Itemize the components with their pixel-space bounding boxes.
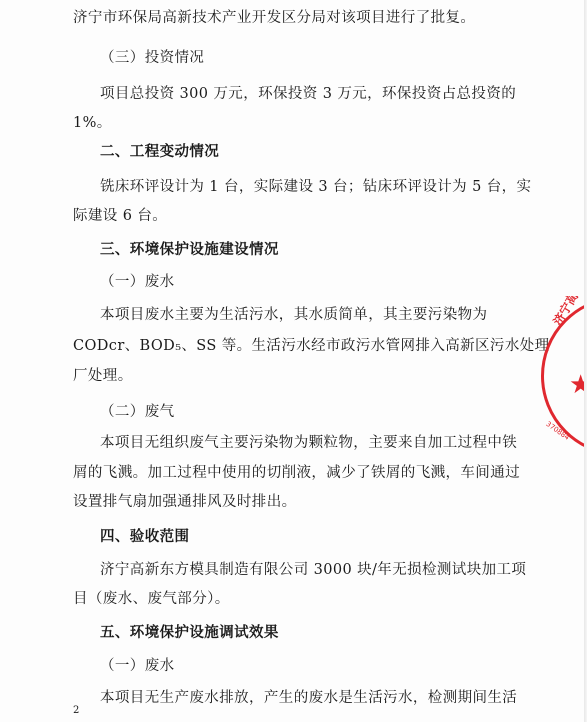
paragraph-approval: 济宁市环保局高新技术产业开发区分局对该项目进行了批复。	[73, 8, 475, 28]
paragraph-scope-line2: 目（废水、废气部分）。	[73, 589, 230, 609]
document-page: 济宁市环保局高新技术产业开发区分局对该项目进行了批复。 （三）投资情况 项目总投…	[0, 0, 587, 722]
paragraph-changes-line1: 铣床环评设计为 1 台，实际建设 3 台；钻床环评设计为 5 台，实	[100, 177, 531, 197]
page-number: 2	[73, 705, 79, 716]
heading-env-facilities: 三、环境保护设施建设情况	[100, 240, 279, 260]
paragraph-wastewater-line3: 厂处理。	[73, 366, 133, 386]
paragraph-gas-line1: 本项目无组织废气主要污染物为颗粒物，主要来自加工过程中铁	[100, 433, 517, 453]
paragraph-investment-line1: 项目总投资 300 万元，环保投资 3 万元，环保投资占总投资的	[100, 84, 516, 104]
paragraph-wastewater2-line1: 本项目无生产废水排放，产生的废水是生活污水，检测期间生活	[100, 688, 517, 708]
subheading-investment: （三）投资情况	[100, 48, 204, 68]
subheading-wastewater-2: （一）废水	[100, 656, 175, 676]
paragraph-investment-line2: 1%。	[73, 113, 112, 133]
subheading-waste-gas: （二）废气	[100, 402, 175, 422]
company-seal: 济宁高新东方 ★ 370884	[541, 296, 587, 466]
heading-commissioning-effect: 五、环境保护设施调试效果	[100, 623, 279, 643]
paragraph-scope-line1: 济宁高新东方模具制造有限公司 3000 块/年无损检测试块加工项	[100, 560, 526, 580]
heading-engineering-changes: 二、工程变动情况	[100, 142, 219, 162]
heading-acceptance-scope: 四、验收范围	[100, 527, 189, 547]
paragraph-wastewater-line1: 本项目废水主要为生活污水，其水质简单，其主要污染物为	[100, 305, 487, 325]
subheading-wastewater: （一）废水	[100, 272, 175, 292]
paragraph-gas-line3: 设置排气扇加强通排风及时排出。	[73, 492, 297, 512]
paragraph-gas-line2: 屑的飞溅。加工过程中使用的切削液，减少了铁屑的飞溅，车间通过	[73, 463, 520, 483]
paragraph-wastewater-line2: CODcr、BOD₅、SS 等。生活污水经市政污水管网排入高新区污水处理	[73, 336, 550, 356]
paragraph-changes-line2: 际建设 6 台。	[73, 206, 167, 226]
